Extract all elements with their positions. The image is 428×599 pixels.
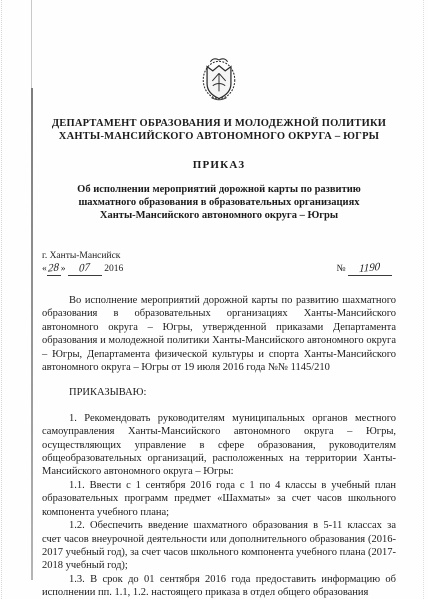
handwritten-number: 1190	[359, 261, 380, 275]
scanned-document-page: ДЕПАРТАМЕНТ ОБРАЗОВАНИЯ И МОЛОДЕЖНОЙ ПОЛ…	[0, 0, 428, 599]
subject-line3: Ханты-Мансийского автономного округа – Ю…	[42, 209, 396, 222]
scan-edge-artifact-left	[1, 0, 3, 599]
number-blank: 1190	[348, 262, 392, 276]
handwritten-month: 07	[79, 261, 90, 274]
document-subject: Об исполнении мероприятий дорожной карты…	[42, 183, 396, 222]
scan-fold-line-upper	[31, 0, 32, 88]
scan-fold-line	[31, 88, 33, 580]
number-label: №	[337, 264, 346, 274]
order-item-1: 1. Рекомендовать руководителям муниципал…	[42, 412, 396, 479]
order-word: ПРИКАЗЫВАЮ:	[42, 386, 396, 399]
issue-place-date: г. Ханты-Мансийск «28» 07 2016	[42, 250, 123, 276]
order-item-1-2: 1.2. Обеспечить введение шахматного обра…	[42, 519, 396, 573]
org-name-line1: ДЕПАРТАМЕНТ ОБРАЗОВАНИЯ И МОЛОДЕЖНОЙ ПОЛ…	[42, 117, 396, 130]
document-content: ДЕПАРТАМЕНТ ОБРАЗОВАНИЯ И МОЛОДЕЖНОЙ ПОЛ…	[42, 0, 396, 599]
org-name-line2: ХАНТЫ-МАНСИЙСКОГО АВТОНОМНОГО ОКРУГА – Ю…	[42, 130, 396, 143]
issue-number: № 1190	[337, 262, 396, 276]
subject-line1: Об исполнении мероприятий дорожной карты…	[42, 183, 396, 196]
date-close-quote: »	[61, 264, 66, 274]
coat-of-arms-icon	[42, 55, 396, 105]
date-month-blank: 07	[68, 262, 102, 276]
preamble-paragraph: Во исполнение мероприятий дорожной карты…	[42, 294, 396, 374]
date-day-blank: 28	[47, 262, 61, 276]
order-item-1-3: 1.3. В срок до 01 сентября 2016 года пре…	[42, 573, 396, 599]
handwritten-day: 28	[48, 261, 59, 274]
document-type-title: ПРИКАЗ	[42, 159, 396, 171]
date-year: 2016	[104, 264, 123, 274]
document-body: Во исполнение мероприятий дорожной карты…	[42, 294, 396, 599]
scan-edge-artifact-right	[423, 0, 425, 599]
order-item-1-1: 1.1. Ввести с 1 сентября 2016 года с 1 п…	[42, 479, 396, 519]
issue-meta-row: г. Ханты-Мансийск «28» 07 2016 № 1190	[42, 250, 396, 276]
issue-date-line: «28» 07 2016	[42, 262, 123, 276]
issue-place: г. Ханты-Мансийск	[42, 250, 123, 262]
subject-line2: шахматного образования в образовательных…	[42, 196, 396, 209]
